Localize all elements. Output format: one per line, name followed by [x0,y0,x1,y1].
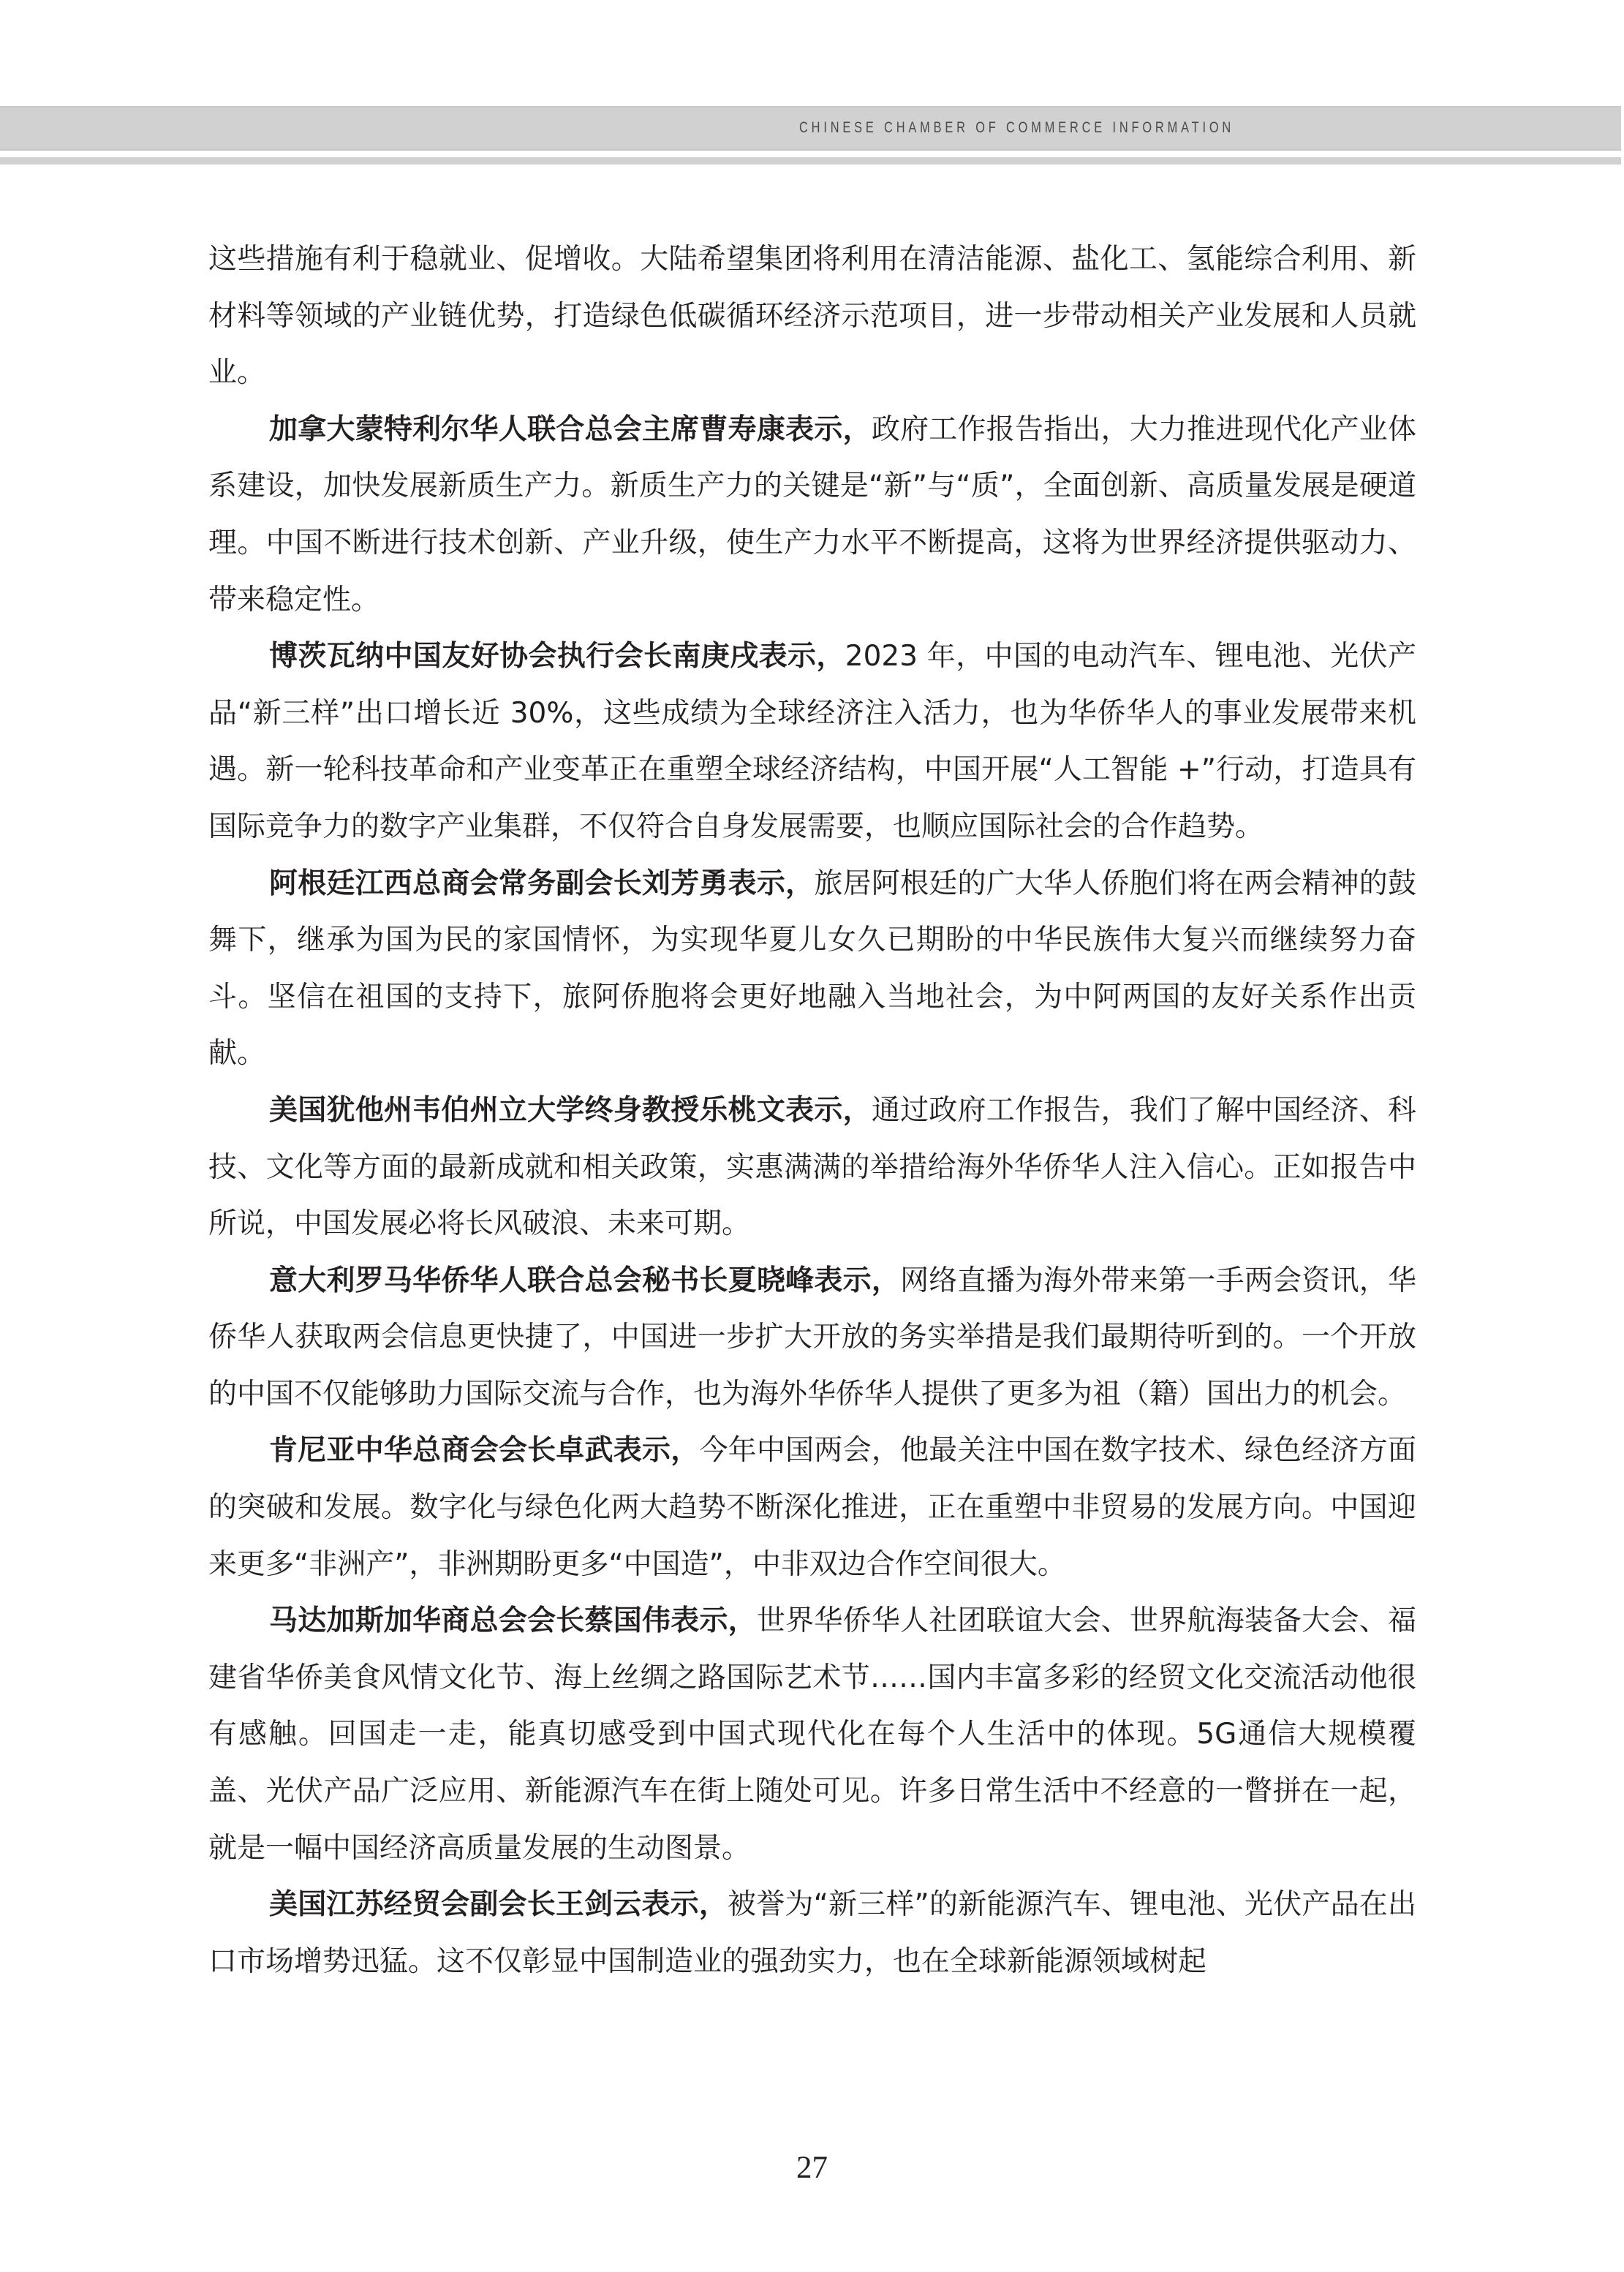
paragraph-lead: 加拿大蒙特利尔华人联合总会主席曹寿康表示， [269,413,872,446]
paragraph: 肯尼亚中华总商会会长卓武表示，今年中国两会，他最关注中国在数字技术、绿色经济方面… [208,1422,1416,1593]
paragraph: 这些措施有利于稳就业、促增收。大陆希望集团将利用在清洁能源、盐化工、氢能综合利用… [208,231,1416,401]
header-sub-rule [0,157,1621,165]
header-rule [0,110,1621,111]
paragraph-text: 世界华侨华人社团联谊大会、世界航海装备大会、福建省华侨美食风情文化节、海上丝绸之… [208,1604,1416,1864]
paragraph-lead: 阿根廷江西总商会常务副会长刘芳勇表示， [269,867,814,900]
paragraph-lead: 意大利罗马华侨华人联合总会秘书长夏晓峰表示， [269,1264,900,1297]
paragraph: 加拿大蒙特利尔华人联合总会主席曹寿康表示，政府工作报告指出，大力推进现代化产业体… [208,401,1416,628]
paragraph-lead: 马达加斯加华商总会会长蔡国伟表示， [269,1604,757,1637]
paragraph-lead: 博茨瓦纳中国友好协会执行会长南庚戌表示， [269,640,845,673]
article-body: 这些措施有利于稳就业、促增收。大陆希望集团将利用在清洁能源、盐化工、氢能综合利用… [208,231,1416,1990]
running-header-band: CHINESE CHAMBER OF COMMERCE INFORMATION [0,106,1621,151]
paragraph: 阿根廷江西总商会常务副会长刘芳勇表示，旅居阿根廷的广大华人侨胞们将在两会精神的鼓… [208,856,1416,1082]
paragraph: 马达加斯加华商总会会长蔡国伟表示，世界华侨华人社团联谊大会、世界航海装备大会、福… [208,1593,1416,1876]
paragraph: 美国江苏经贸会副会长王剑云表示，被誉为“新三样”的新能源汽车、锂电池、光伏产品在… [208,1876,1416,1990]
paragraph: 博茨瓦纳中国友好协会执行会长南庚戌表示，2023 年，中国的电动汽车、锂电池、光… [208,628,1416,855]
running-header-title: CHINESE CHAMBER OF COMMERCE INFORMATION [799,117,1234,139]
paragraph-lead: 肯尼亚中华总商会会长卓武表示， [269,1434,699,1467]
paragraph-text: 这些措施有利于稳就业、促增收。大陆希望集团将利用在清洁能源、盐化工、氢能综合利用… [208,243,1416,389]
paragraph-lead: 美国犹他州韦伯州立大学终身教授乐桃文表示， [269,1094,872,1127]
paragraph-lead: 美国江苏经贸会副会长王剑云表示， [269,1888,728,1921]
paragraph: 意大利罗马华侨华人联合总会秘书长夏晓峰表示，网络直播为海外带来第一手两会资讯，华… [208,1253,1416,1423]
page-number: 27 [0,2150,1624,2186]
paragraph: 美国犹他州韦伯州立大学终身教授乐桃文表示，通过政府工作报告，我们了解中国经济、科… [208,1082,1416,1253]
